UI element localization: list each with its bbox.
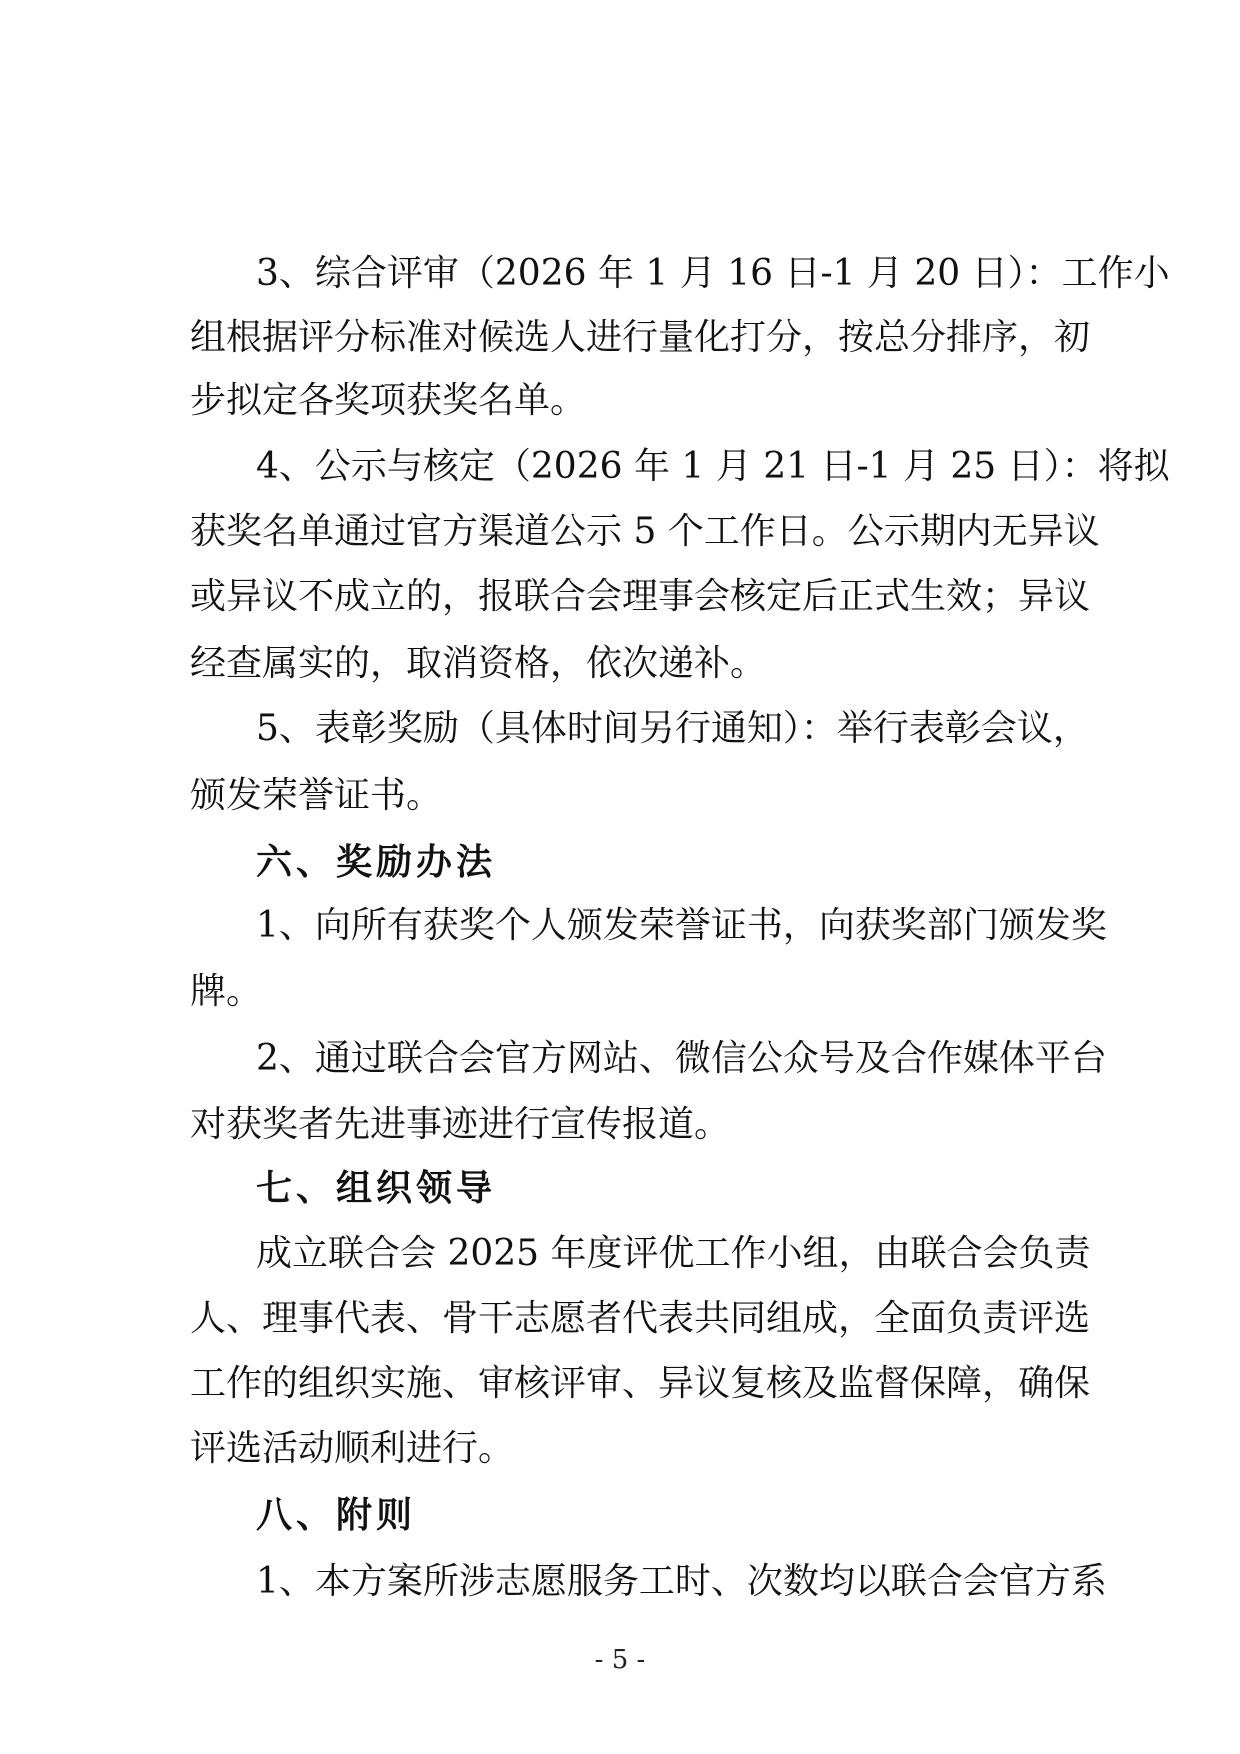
section-heading-supplementary: 八、附则 xyxy=(256,1483,1043,1549)
paragraph-organization-line-1: 成立联合会 2025 年度评优工作小组，由联合会负责 xyxy=(256,1221,1043,1287)
paragraph-commendation-line-1: 5、表彰奖励（具体时间另行通知）：举行表彰会议， xyxy=(256,696,1043,762)
paragraph-review-line-2: 组根据评分标准对候选人进行量化打分，按总分排序，初 xyxy=(190,305,1043,371)
section-heading-organization: 七、组织领导 xyxy=(256,1156,1043,1222)
paragraph-publicity-line-2: 获奖名单通过官方渠道公示 5 个工作日。公示期内无异议 xyxy=(190,499,1043,565)
paragraph-organization-line-4: 评选活动顺利进行。 xyxy=(190,1416,1043,1482)
paragraph-reward-2-line-2: 对获奖者先进事迹进行宣传报道。 xyxy=(190,1092,1043,1158)
paragraph-commendation-line-2: 颁发荣誉证书。 xyxy=(190,763,1043,829)
paragraph-publicity-line-3: 或异议不成立的，报联合会理事会核定后正式生效；异议 xyxy=(190,564,1043,630)
paragraph-review-line-1: 3、综合评审（2026 年 1 月 16 日-1 月 20 日）：工作小 xyxy=(256,241,1043,307)
paragraph-reward-1-line-2: 牌。 xyxy=(190,959,1043,1025)
paragraph-organization-line-3: 工作的组织实施、审核评审、异议复核及监督保障，确保 xyxy=(190,1351,1043,1417)
paragraph-reward-2-line-1: 2、通过联合会官方网站、微信公众号及合作媒体平台 xyxy=(256,1026,1043,1092)
document-page: 3、综合评审（2026 年 1 月 16 日-1 月 20 日）：工作小 组根据… xyxy=(0,0,1240,1754)
paragraph-publicity-line-1: 4、公示与核定（2026 年 1 月 21 日-1 月 25 日）：将拟 xyxy=(256,434,1043,500)
paragraph-review-line-3: 步拟定各奖项获奖名单。 xyxy=(190,368,1043,434)
paragraph-supplementary-1-line-1: 1、本方案所涉志愿服务工时、次数均以联合会官方系 xyxy=(256,1549,1043,1615)
section-heading-reward-methods: 六、奖励办法 xyxy=(256,830,1043,896)
paragraph-reward-1-line-1: 1、向所有获奖个人颁发荣誉证书，向获奖部门颁发奖 xyxy=(256,893,1043,959)
page-number: - 5 - xyxy=(0,1640,1240,1680)
paragraph-publicity-line-4: 经查属实的，取消资格，依次递补。 xyxy=(190,631,1043,697)
paragraph-organization-line-2: 人、理事代表、骨干志愿者代表共同组成，全面负责评选 xyxy=(190,1286,1043,1352)
